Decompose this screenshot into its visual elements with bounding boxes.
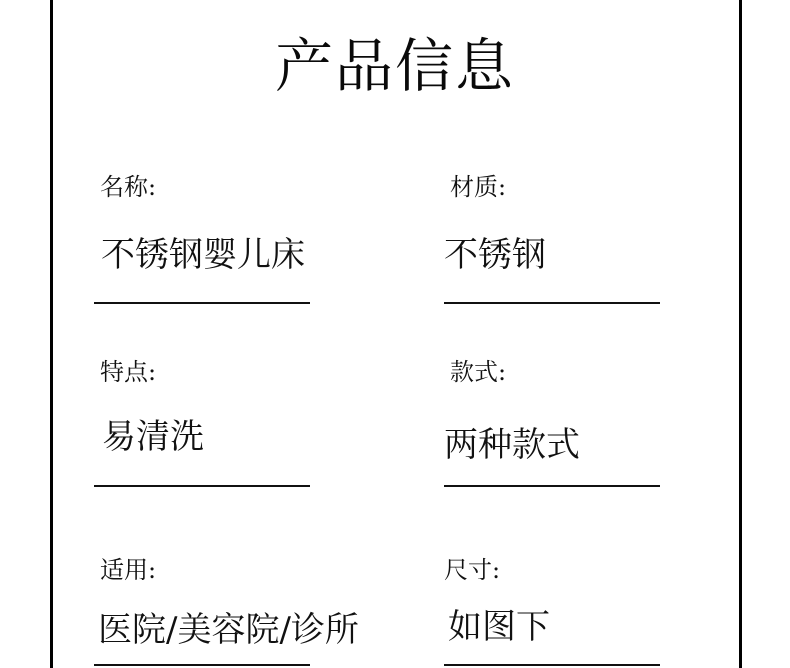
field-value-style: 两种款式 bbox=[444, 424, 580, 466]
field-label-style: 款式: bbox=[450, 357, 506, 387]
field-underline-applicable bbox=[94, 664, 310, 666]
field-underline-material bbox=[444, 302, 660, 304]
field-underline-feature bbox=[94, 485, 310, 487]
field-value-name: 不锈钢婴儿床 bbox=[101, 234, 305, 276]
field-value-size: 如图下 bbox=[448, 606, 550, 648]
page-title: 产品信息 bbox=[0, 30, 790, 102]
field-value-applicable: 医院/美容院/诊所 bbox=[98, 609, 359, 651]
field-underline-name bbox=[94, 302, 310, 304]
field-label-name: 名称: bbox=[100, 172, 156, 202]
field-value-feature: 易清洗 bbox=[102, 416, 204, 458]
field-label-material: 材质: bbox=[450, 172, 506, 202]
field-label-size: 尺寸: bbox=[444, 555, 500, 585]
field-underline-size bbox=[444, 664, 660, 666]
field-label-applicable: 适用: bbox=[100, 555, 156, 585]
field-label-feature: 特点: bbox=[100, 357, 156, 387]
field-underline-style bbox=[444, 485, 660, 487]
field-value-material: 不锈钢 bbox=[444, 234, 546, 276]
